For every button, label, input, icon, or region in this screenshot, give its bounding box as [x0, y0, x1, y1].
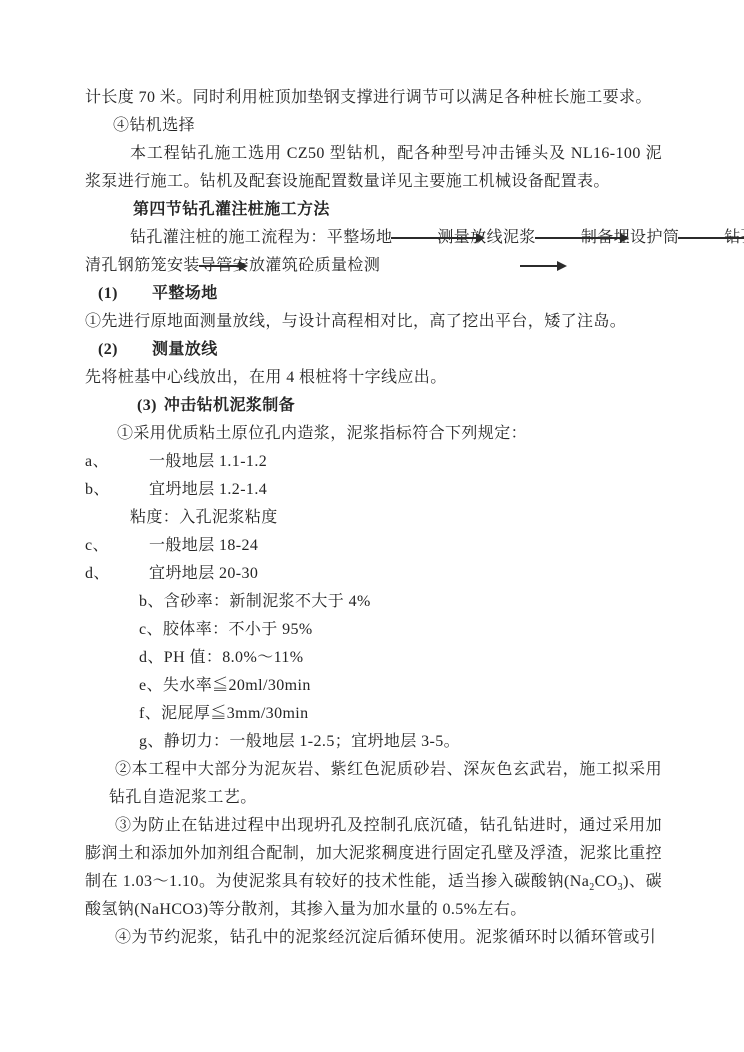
- flow-text: 安放灌筑砼质量检测: [233, 257, 381, 274]
- list-item-density-b: b、宜坍地层 1.2-1.4: [85, 476, 662, 504]
- paragraph-geology: ②本工程中大部分为泥灰岩、紫红色泥质砂岩、深灰色玄武岩，施工拟采用钻孔自造泥浆工…: [109, 756, 662, 812]
- label-viscosity: 粘度：入孔泥浆粘度: [130, 504, 662, 532]
- heading-label: 平整场地: [152, 285, 218, 302]
- right-arrow-icon: [520, 265, 564, 267]
- flow-text: 制备: [581, 229, 614, 246]
- paragraph-pile-length: 计长度 70 米。同时利用桩顶加垫钢支撑进行调节可以满足各种桩长施工要求。: [85, 84, 662, 112]
- flow-text: 钻孔: [724, 229, 744, 246]
- list-item-drill-machine-selection: ④钻机选择: [85, 112, 662, 140]
- heading-3-slurry-preparation: (3)冲击钻机泥浆制备: [137, 392, 662, 420]
- list-value: 宜坍地层 1.2-1.4: [149, 481, 267, 498]
- list-item-sand-content: b、含砂率：新制泥浆不大于 4%: [139, 588, 662, 616]
- list-value: 宜坍地层 20-30: [149, 565, 258, 582]
- heading-label: 冲击钻机泥浆制备: [164, 397, 295, 414]
- flow-text: 测量: [437, 229, 470, 246]
- heading-number: (3): [137, 397, 157, 414]
- heading-label: 测量放线: [152, 341, 218, 358]
- heading-1-site-leveling: (1)平整场地: [98, 280, 662, 308]
- text-run: ③为防止在钻进过程中出现坍孔及控制孔底沉碴，钻孔钻进时，通过采用加膨润土和添加外…: [85, 817, 662, 890]
- paragraph-slurry-recycle: ④为节约泥浆，钻孔中的泥浆经沉淀后循环使用。泥浆循环时以循环管或引: [85, 924, 662, 952]
- list-value: 一般地层 18-24: [149, 537, 258, 554]
- flow-line-2: 清孔钢筋笼安装导管安放灌筑砼质量检测: [85, 252, 662, 280]
- flow-step-survey: 测量: [392, 224, 470, 252]
- list-item-water-loss: e、失水率≦20ml/30min: [139, 672, 662, 700]
- flow-step-prepare: 制备: [536, 224, 614, 252]
- document-page: 计长度 70 米。同时利用桩顶加垫钢支撑进行调节可以满足各种桩长施工要求。 ④钻…: [0, 0, 744, 1052]
- text-run: CO: [595, 873, 618, 890]
- paragraph-site-leveling: ①先进行原地面测量放线，与设计高程相对比，高了挖出平台，矮了注岛。: [85, 308, 662, 336]
- list-item-static-shear: g、静切力：一般地层 1-2.5；宜坍地层 3-5。: [139, 728, 662, 756]
- flow-text: 钻孔灌注桩的施工流程为：平整场地: [130, 229, 392, 246]
- list-value: 一般地层 1.1-1.2: [149, 453, 267, 470]
- section-heading: 第四节钻孔灌注桩施工方法: [133, 196, 662, 224]
- list-key: a、: [85, 448, 149, 476]
- paragraph-slurry-control: ③为防止在钻进过程中出现坍孔及控制孔底沉碴，钻孔钻进时，通过采用加膨润土和添加外…: [85, 812, 662, 924]
- paragraph-slurry-intro: ①采用优质粘土原位孔内造浆，泥浆指标符合下列规定：: [117, 420, 662, 448]
- list-item-mud-cake: f、泥屁厚≦3mm/30min: [139, 700, 662, 728]
- flow-text: 导管: [200, 257, 233, 274]
- list-key: c、: [85, 532, 149, 560]
- flow-line-1: 钻孔灌注桩的施工流程为：平整场地测量放线泥浆制备埋设护筒钻孔检孔: [85, 224, 662, 252]
- list-item-colloid-rate: c、胶体率：不小于 95%: [139, 616, 662, 644]
- paragraph-survey-layout: 先将桩基中心线放出，在用 4 根桩将十字线应出。: [85, 364, 662, 392]
- heading-number: (1): [98, 280, 152, 308]
- list-item-ph-value: d、PH 值：8.0%～11%: [139, 644, 662, 672]
- heading-2-survey-layout: (2)测量放线: [98, 336, 662, 364]
- list-item-viscosity-c: c、一般地层 18-24: [85, 532, 662, 560]
- flow-step-pipe: 导管: [200, 252, 233, 280]
- flow-text: 清孔钢筋笼安装: [85, 257, 200, 274]
- list-key: b、: [85, 476, 149, 504]
- list-key: d、: [85, 560, 149, 588]
- list-item-density-a: a、一般地层 1.1-1.2: [85, 448, 662, 476]
- heading-number: (2): [98, 336, 152, 364]
- list-item-viscosity-d: d、宜坍地层 20-30: [85, 560, 662, 588]
- paragraph-machine-config: 本工程钻孔施工选用 CZ50 型钻机，配各种型号冲击锤头及 NL16-100 泥…: [85, 140, 662, 196]
- flow-step-drill: 钻孔: [679, 224, 744, 252]
